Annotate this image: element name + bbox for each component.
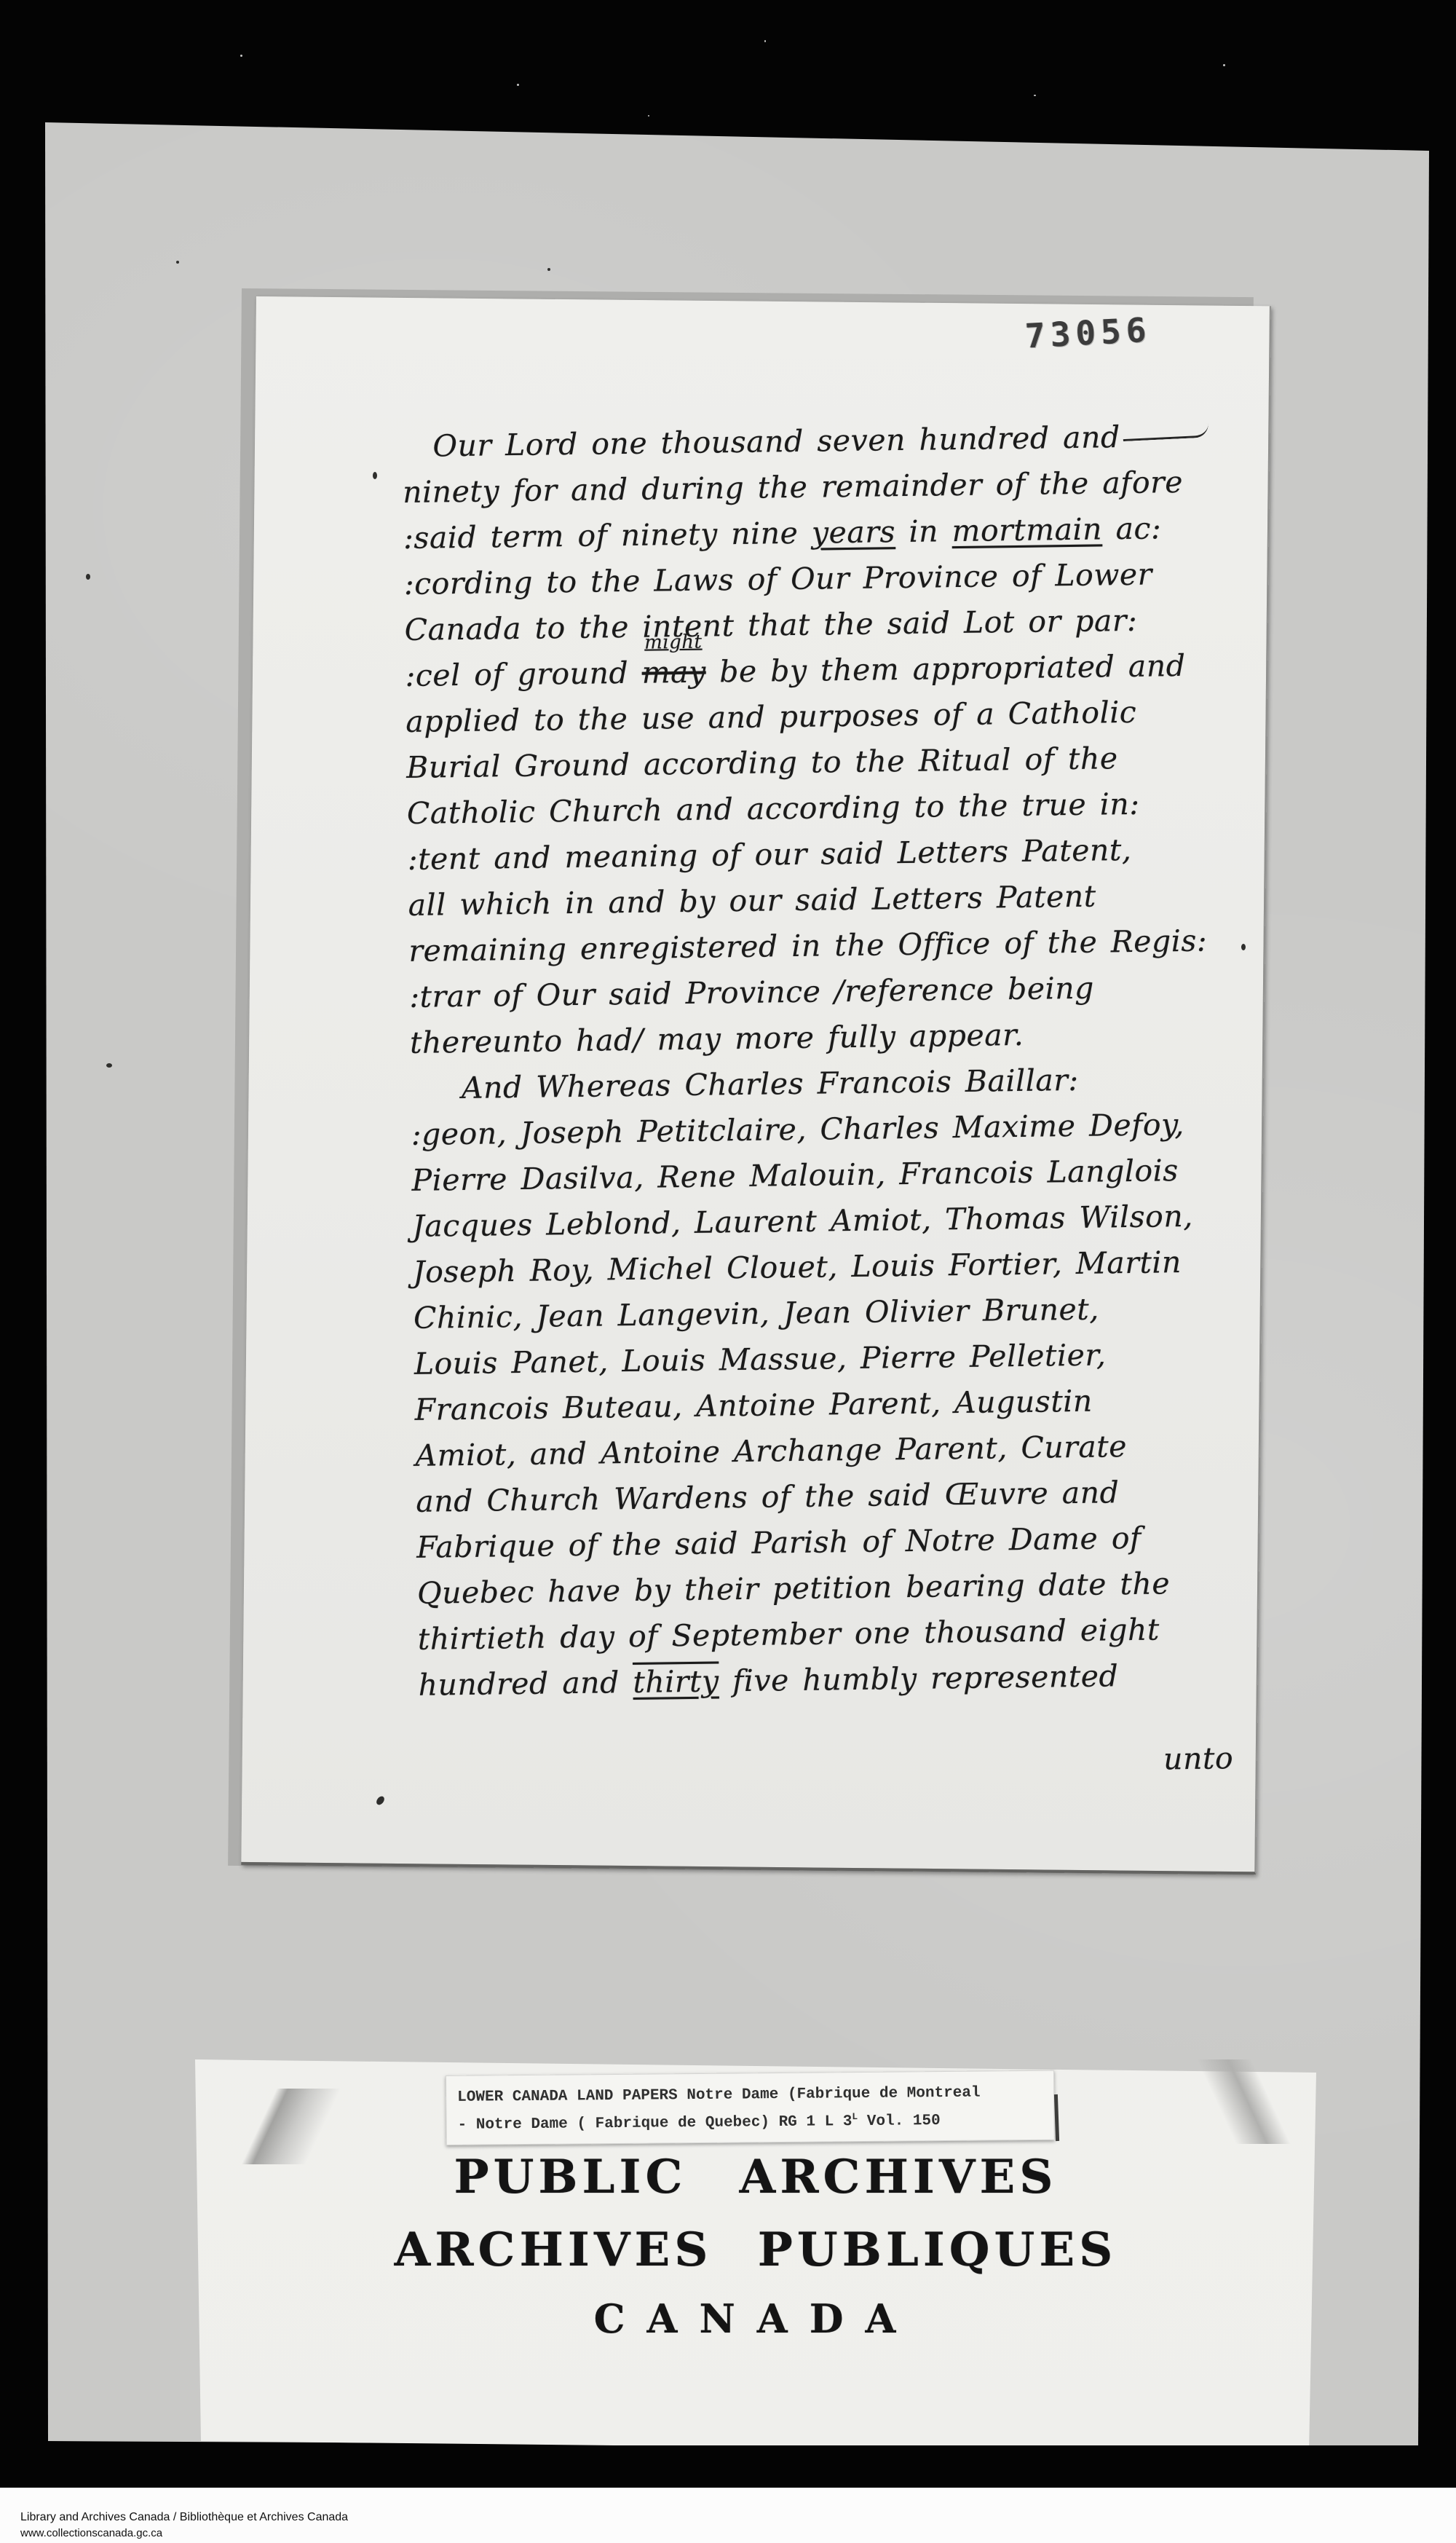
label-line-2: - Notre Dame ( Fabrique de Quebec) RG 1 …	[457, 2104, 1054, 2137]
stamp-line-english: PUBLIC ARCHIVES	[195, 2150, 1316, 2204]
archive-number-stamp: 73056	[1024, 310, 1152, 355]
inserted-word: might	[644, 633, 703, 652]
speck	[547, 268, 550, 271]
speck	[176, 261, 179, 264]
speck	[240, 55, 242, 57]
speck	[648, 115, 649, 117]
speck	[86, 574, 90, 580]
footer-attribution: Library and Archives Canada / Bibliothèq…	[20, 2511, 348, 2524]
footer-url: www.collectionscanada.gc.ca	[20, 2527, 162, 2539]
speck	[373, 472, 377, 479]
bottom-black-band	[0, 2445, 1456, 2489]
stamp-line-french: ARCHIVES PUBLIQUES	[195, 2223, 1316, 2277]
pen-flourish	[1123, 423, 1209, 441]
manuscript-lines: Our Lord one thousand seven hundred andn…	[402, 412, 1285, 1708]
speck	[106, 1063, 112, 1068]
card-fold-mark-right	[1162, 2059, 1318, 2144]
speck	[517, 84, 519, 86]
speck	[764, 40, 766, 42]
speck	[1223, 64, 1225, 66]
speck	[1034, 95, 1036, 96]
manuscript-text: Our Lord one thousand seven hundred andn…	[402, 412, 1286, 1791]
superscript-l: L	[852, 2111, 858, 2122]
stamp-line-canada: CANADA	[195, 2295, 1316, 2342]
speck	[1241, 944, 1246, 950]
scanned-document-viewer: 73056 Our Lord one thousand seven hundre…	[0, 0, 1456, 2543]
typed-label-slip: LOWER CANADA LAND PAPERS Notre Dame (Fab…	[446, 2070, 1055, 2145]
